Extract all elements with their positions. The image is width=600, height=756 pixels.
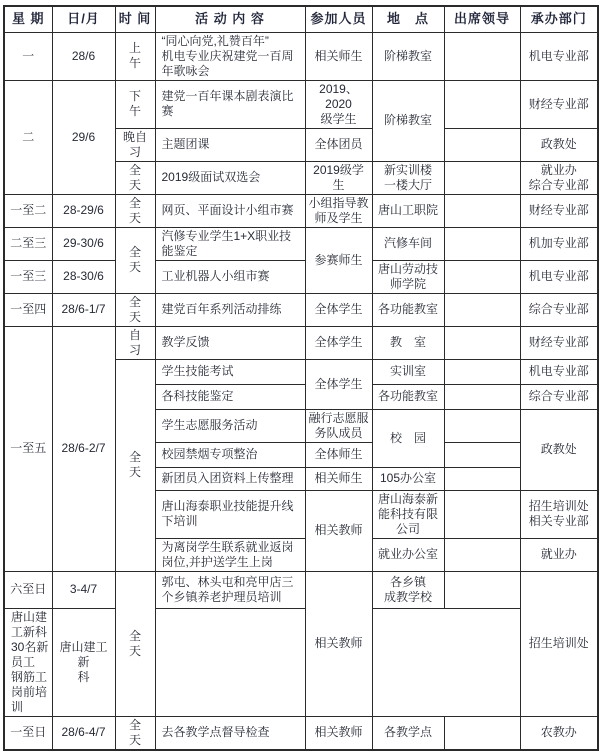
cell-leader xyxy=(444,490,520,538)
cell-leader xyxy=(444,442,520,467)
header-week: 星 期 xyxy=(4,6,52,32)
cell-participants: 相关教师 xyxy=(305,490,372,571)
cell-date: 28/6 xyxy=(52,32,115,80)
cell-week: 二 xyxy=(4,80,52,194)
cell-location: 就业办公室 xyxy=(372,538,444,571)
cell-activity: 去各教学点督导检查 xyxy=(155,716,305,750)
cell-time: 晚自习 xyxy=(115,128,155,161)
weekly-schedule-table: 星 期 日/月 时 间 活 动 内 容 参加人员 地 点 出席领导 承办部门 一… xyxy=(3,5,599,751)
cell-activity: 网页、平面设计小组市赛 xyxy=(155,194,305,227)
cell-participants: 全体团员 xyxy=(305,128,372,161)
cell-activity: 工业机器人小组市赛 xyxy=(155,260,305,293)
cell-department: 就业办 综合专业部 xyxy=(520,161,598,194)
table-row: 一至二 28-29/6 全 天 网页、平面设计小组市赛 小组指导教 师及学生 唐… xyxy=(4,194,598,227)
cell-participants: 小组指导教 师及学生 xyxy=(305,194,372,227)
cell-leader xyxy=(444,326,520,359)
cell-activity: 学生志愿服务活动 xyxy=(155,409,305,442)
cell-date: 3-4/7 xyxy=(52,571,115,608)
cell-activity: 为离岗学生联系就业返岗 岗位,并护送学生上岗 xyxy=(155,538,305,571)
cell-activity: 学生技能考试 xyxy=(155,359,305,384)
cell-activity: 教学反馈 xyxy=(155,326,305,359)
cell-location: 各教学点 xyxy=(372,716,444,750)
cell-activity: 建党一百年课本剧表演比赛 xyxy=(155,80,305,128)
cell-location: 实训室 xyxy=(372,359,444,384)
cell-location: 新实训楼 一楼大厅 xyxy=(372,161,444,194)
cell-department: 综合专业部 xyxy=(520,384,598,409)
cell-week: 一至二 xyxy=(4,194,52,227)
cell-leader xyxy=(444,716,520,750)
cell-participants: 全体学生 xyxy=(305,359,372,409)
cell-department: 政教处 xyxy=(520,128,598,161)
cell-department: 机电专业部 xyxy=(520,32,598,80)
cell-participants: 相关教师 xyxy=(305,716,372,750)
table-row: 唐山建工新科30名新员工 钢筋工岗前培训 唐山建工新 科 xyxy=(4,608,598,716)
table-row: 二 29/6 下 午 建党一百年课本剧表演比赛 2019、2020 级学生 阶梯… xyxy=(4,80,598,128)
cell-location: 校 园 xyxy=(372,409,444,467)
cell-participants: 相关师生 xyxy=(305,32,372,80)
cell-leader xyxy=(444,80,520,128)
cell-date: 29/6 xyxy=(52,80,115,194)
cell-date: 28/6-2/7 xyxy=(52,326,115,571)
cell-date: 28/6-1/7 xyxy=(52,293,115,326)
cell-department: 综合专业部 xyxy=(520,293,598,326)
cell-date: 28-30/6 xyxy=(52,260,115,293)
table-row: 一至四 28/6-1/7 全 天 建党百年系列活动排练 全体学生 各功能教室 综… xyxy=(4,293,598,326)
cell-time: 上 午 xyxy=(115,32,155,80)
cell-activity: 建党百年系列活动排练 xyxy=(155,293,305,326)
cell-week: 一至日 xyxy=(4,716,52,750)
cell-activity: “同心向党,礼赞百年” 机电专业庆祝建党一百周年歌咏会 xyxy=(155,32,305,80)
cell-activity: 2019级面试双选会 xyxy=(155,161,305,194)
cell-location: 教 室 xyxy=(372,326,444,359)
cell-participants: 相关教师 xyxy=(305,571,372,716)
cell-activity: 主题团课 xyxy=(155,128,305,161)
cell-time: 全 天 xyxy=(115,227,155,293)
header-activity: 活 动 内 容 xyxy=(155,6,305,32)
cell-location: 各功能教室 xyxy=(372,293,444,326)
table-row: 二至三 29-30/6 全 天 汽修专业学生1+X职业技 能鉴定 参赛师生 汽修… xyxy=(4,227,598,260)
cell-time: 全 天 xyxy=(115,194,155,227)
cell-time: 自 习 xyxy=(115,326,155,359)
cell-time: 全 天 xyxy=(115,359,155,571)
header-location: 地 点 xyxy=(372,6,444,32)
cell-location: 唐山海泰新 能科技有限 公司 xyxy=(372,490,444,538)
cell-participants: 全体学生 xyxy=(305,326,372,359)
cell-participants: 全体学生 xyxy=(305,293,372,326)
cell-leader xyxy=(444,161,520,194)
header-date: 日/月 xyxy=(52,6,115,32)
cell-leader xyxy=(444,467,520,490)
cell-week: 二至三 xyxy=(4,227,52,260)
cell-location: 105办公室 xyxy=(372,467,444,490)
cell-leader xyxy=(444,571,520,608)
header-participants: 参加人员 xyxy=(305,6,372,32)
cell-department: 财经专业部 xyxy=(520,80,598,128)
table-row: 一至五 28/6-2/7 自 习 教学反馈 全体学生 教 室 财经专业部 xyxy=(4,326,598,359)
cell-location: 各乡镇 成教学校 xyxy=(372,571,444,608)
table-row: 一 28/6 上 午 “同心向党,礼赞百年” 机电专业庆祝建党一百周年歌咏会 相… xyxy=(4,32,598,80)
cell-department: 农教办 xyxy=(520,716,598,750)
cell-location: 唐山建工新 科 xyxy=(52,608,115,716)
cell-leader xyxy=(444,359,520,384)
cell-time: 全 天 xyxy=(115,293,155,326)
cell-leader xyxy=(444,260,520,293)
cell-time: 全 天 xyxy=(115,571,155,716)
cell-activity: 唐山海泰职业技能提升线 下培训 xyxy=(155,490,305,538)
cell-leader xyxy=(444,194,520,227)
cell-location: 各功能教室 xyxy=(372,384,444,409)
table-row: 一至日 28/6-4/7 全 天 去各教学点督导检查 相关教师 各教学点 农教办 xyxy=(4,716,598,750)
cell-participants: 相关师生 xyxy=(305,467,372,490)
cell-activity: 新团员入团资料上传整理 xyxy=(155,467,305,490)
cell-activity: 校园禁烟专项整治 xyxy=(155,442,305,467)
cell-time: 下 午 xyxy=(115,80,155,128)
cell-location: 阶梯教室 xyxy=(372,32,444,80)
cell-department: 机电专业部 xyxy=(520,359,598,384)
cell-time: 全 天 xyxy=(115,716,155,750)
table-row: 一至三 28-30/6 工业机器人小组市赛 唐山劳动技 师学院 机电专业部 xyxy=(4,260,598,293)
cell-participants: 全体师生 xyxy=(305,442,372,467)
cell-department: 政教处 xyxy=(520,409,598,490)
cell-activity: 唐山建工新科30名新员工 钢筋工岗前培训 xyxy=(4,608,52,716)
cell-department: 机电专业部 xyxy=(520,260,598,293)
header-row: 星 期 日/月 时 间 活 动 内 容 参加人员 地 点 出席领导 承办部门 xyxy=(4,6,598,32)
cell-week: 一至五 xyxy=(4,326,52,571)
header-leader: 出席领导 xyxy=(444,6,520,32)
cell-leader xyxy=(444,32,520,80)
cell-leader xyxy=(444,293,520,326)
cell-participants: 2019、2020 级学生 xyxy=(305,80,372,128)
cell-department: 机加专业部 xyxy=(520,227,598,260)
cell-leader xyxy=(444,538,520,571)
cell-week: 一 xyxy=(4,32,52,80)
cell-week: 一至三 xyxy=(4,260,52,293)
header-time: 时 间 xyxy=(115,6,155,32)
cell-date: 29-30/6 xyxy=(52,227,115,260)
cell-participants: 2019级学生 xyxy=(305,161,372,194)
cell-leader xyxy=(444,409,520,442)
cell-location: 唐山工职院 xyxy=(372,194,444,227)
cell-department: 财经专业部 xyxy=(520,326,598,359)
cell-date: 28-29/6 xyxy=(52,194,115,227)
cell-week: 六至日 xyxy=(4,571,52,608)
cell-date: 28/6-4/7 xyxy=(52,716,115,750)
cell-participants: 参赛师生 xyxy=(305,227,372,293)
cell-location: 唐山劳动技 师学院 xyxy=(372,260,444,293)
cell-leader xyxy=(444,227,520,260)
cell-leader xyxy=(155,608,305,716)
cell-department: 招生培训处 相关专业部 xyxy=(520,490,598,538)
cell-leader xyxy=(444,384,520,409)
cell-department: 招生培训处 xyxy=(520,571,598,716)
cell-activity: 郭屯、林头屯和亮甲店三 个乡镇养老护理员培训 xyxy=(155,571,305,608)
cell-time: 全 天 xyxy=(115,161,155,194)
cell-department: 财经专业部 xyxy=(520,194,598,227)
cell-location: 阶梯教室 xyxy=(372,80,444,161)
cell-leader xyxy=(444,128,520,161)
cell-activity: 各科技能鉴定 xyxy=(155,384,305,409)
table-row: 六至日 3-4/7 全 天 郭屯、林头屯和亮甲店三 个乡镇养老护理员培训 相关教… xyxy=(4,571,598,608)
cell-activity: 汽修专业学生1+X职业技 能鉴定 xyxy=(155,227,305,260)
cell-week: 一至四 xyxy=(4,293,52,326)
cell-location: 汽修车间 xyxy=(372,227,444,260)
header-department: 承办部门 xyxy=(520,6,598,32)
cell-participants: 融行志愿服 务队成员 xyxy=(305,409,372,442)
cell-department: 就业办 xyxy=(520,538,598,571)
